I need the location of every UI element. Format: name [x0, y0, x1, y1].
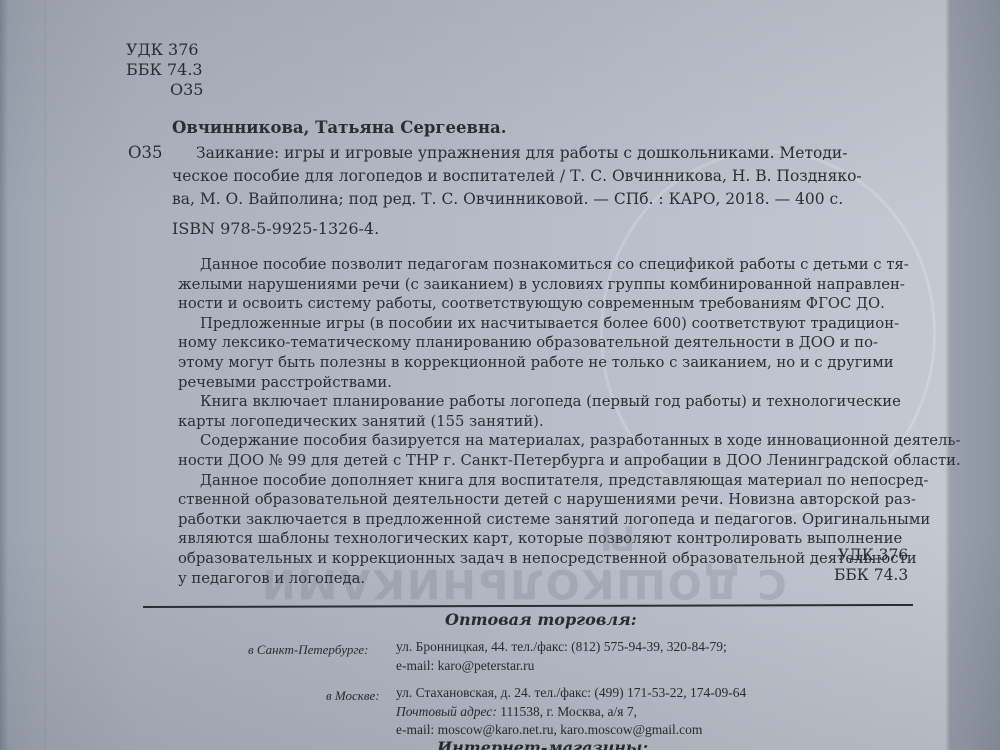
photo-vignette — [0, 0, 1000, 750]
